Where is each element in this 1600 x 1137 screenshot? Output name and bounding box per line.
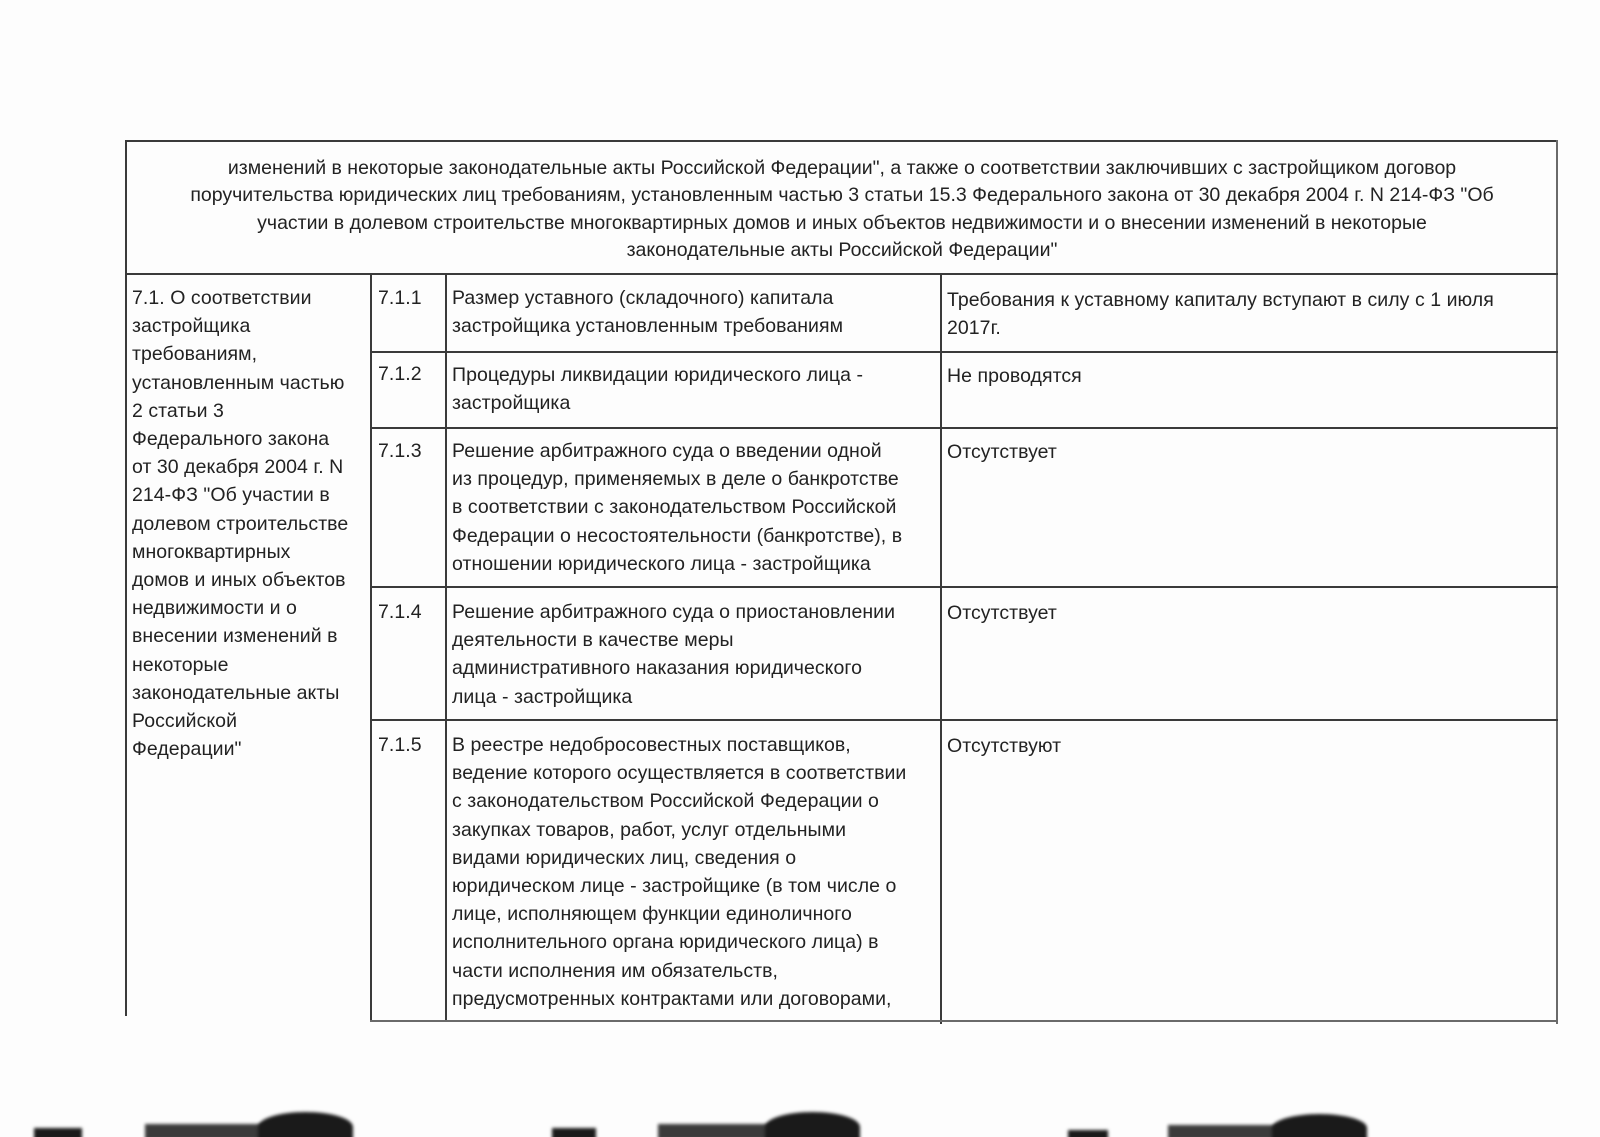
header-line: участии в долевом строительстве многоква… bbox=[127, 210, 1557, 237]
header-line: поручительства юридических лиц требовани… bbox=[127, 182, 1557, 209]
row-value: Требования к уставному капиталу вступают… bbox=[947, 286, 1494, 342]
header-line: изменений в некоторые законодательные ак… bbox=[127, 155, 1557, 182]
row-value: Отсутствует bbox=[947, 438, 1057, 466]
column-divider-description bbox=[940, 274, 942, 1024]
row-divider-1 bbox=[370, 351, 1558, 353]
column-divider-section bbox=[370, 274, 372, 1021]
row-number: 7.1.4 bbox=[378, 598, 422, 626]
section-title: 7.1. О соответствии застройщика требован… bbox=[132, 284, 348, 763]
row-description: Размер уставного (складочного) капитала … bbox=[452, 284, 843, 340]
table-border-left bbox=[125, 140, 127, 1016]
row-value: Отсутствуют bbox=[947, 732, 1061, 760]
header-row-divider bbox=[125, 273, 1558, 275]
row-divider-2 bbox=[370, 427, 1558, 429]
row-value: Отсутствует bbox=[947, 599, 1057, 627]
row-number: 7.1.2 bbox=[378, 360, 422, 388]
header-continuation-text: изменений в некоторые законодательные ак… bbox=[127, 155, 1557, 265]
row-number: 7.1.3 bbox=[378, 437, 422, 465]
table-border-top bbox=[125, 140, 1558, 142]
row-description: В реестре недобросовестных поставщиков, … bbox=[452, 731, 906, 1013]
row-divider-4 bbox=[370, 719, 1558, 721]
row-number: 7.1.5 bbox=[378, 731, 422, 759]
header-line: законодательные акты Российской Федераци… bbox=[127, 237, 1557, 264]
row-number: 7.1.1 bbox=[378, 284, 422, 312]
column-divider-number bbox=[445, 274, 447, 1021]
row-divider-3 bbox=[370, 586, 1558, 588]
scanned-document-page: изменений в некоторые законодательные ак… bbox=[0, 0, 1600, 1137]
row-description: Решение арбитражного суда о введении одн… bbox=[452, 437, 902, 578]
row-description: Процедуры ликвидации юридического лица -… bbox=[452, 361, 863, 417]
row-value: Не проводятся bbox=[947, 362, 1082, 390]
row-description: Решение арбитражного суда о приостановле… bbox=[452, 598, 895, 711]
table-border-bottom bbox=[370, 1020, 1558, 1022]
